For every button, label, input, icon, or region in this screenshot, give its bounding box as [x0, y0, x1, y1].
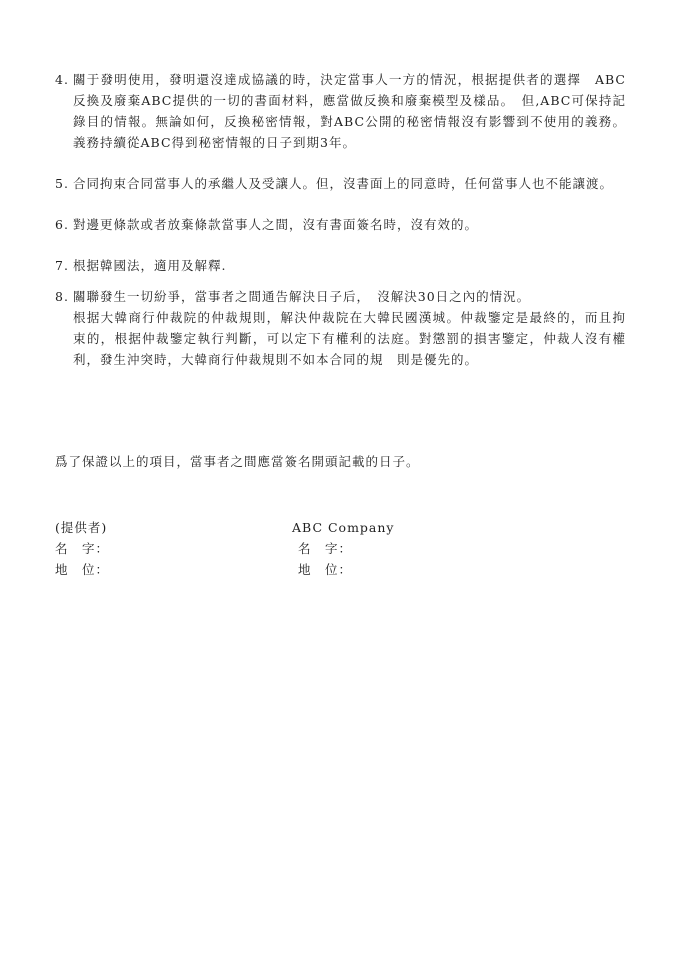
signature-provider-column: (提供者) 名 字： 地 位：	[55, 517, 292, 580]
list-item: 6. 對邊更條款或者放棄條款當事人之間，沒有書面簽名時，沒有效的。	[55, 214, 626, 235]
company-party-label: ABC Company	[292, 517, 626, 538]
item-text: 關聯發生一切紛爭，當事者之間通告解決日子后， 沒解決30日之內的情況。根据大韓商…	[73, 286, 626, 370]
paragraph: 關聯發生一切紛爭，當事者之間通告解決日子后， 沒解決30日之內的情況。	[73, 286, 626, 307]
contract-page: 4. 關于發明使用，發明還沒達成協議的時，決定當事人一方的情況，根据提供者的選擇…	[0, 0, 680, 962]
signature-company-column: ABC Company 名 字： 地 位：	[292, 517, 626, 580]
paragraph: 合同拘束合同當事人的承繼人及受讓人。但，沒書面上的同意時，任何當事人也不能讓渡。	[73, 173, 626, 194]
paragraph: 關于發明使用，發明還沒達成協議的時，決定當事人一方的情況，根据提供者的選擇 AB…	[73, 69, 626, 153]
list-item: 4. 關于發明使用，發明還沒達成協議的時，決定當事人一方的情況，根据提供者的選擇…	[55, 69, 626, 153]
provider-position-label: 地 位：	[55, 559, 292, 580]
paragraph: 根据韓國法，適用及解釋.	[73, 255, 626, 276]
paragraph: 根据大韓商行仲裁院的仲裁規則，解決仲裁院在大韓民國漢城。仲裁鑒定是最終的，而且拘…	[73, 307, 626, 370]
list-item: 8. 關聯發生一切紛爭，當事者之間通告解決日子后， 沒解決30日之內的情況。根据…	[55, 286, 626, 370]
list-item: 5. 合同拘束合同當事人的承繼人及受讓人。但，沒書面上的同意時，任何當事人也不能…	[55, 173, 626, 194]
company-position-label: 地 位：	[292, 559, 626, 580]
item-text: 合同拘束合同當事人的承繼人及受讓人。但，沒書面上的同意時，任何當事人也不能讓渡。	[73, 173, 626, 194]
provider-party-label: (提供者)	[55, 517, 292, 538]
item-text: 關于發明使用，發明還沒達成協議的時，決定當事人一方的情況，根据提供者的選擇 AB…	[73, 69, 626, 153]
contract-items: 4. 關于發明使用，發明還沒達成協議的時，決定當事人一方的情況，根据提供者的選擇…	[55, 69, 626, 370]
list-item: 7. 根据韓國法，適用及解釋.	[55, 255, 626, 276]
item-number: 7.	[55, 255, 73, 276]
item-number: 6.	[55, 214, 73, 235]
provider-name-label: 名 字：	[55, 538, 292, 559]
signature-block: (提供者) 名 字： 地 位： ABC Company 名 字： 地 位：	[55, 517, 626, 580]
item-text: 根据韓國法，適用及解釋.	[73, 255, 626, 276]
item-number: 8.	[55, 286, 73, 307]
item-number: 5.	[55, 173, 73, 194]
item-number: 4.	[55, 69, 73, 90]
closing-statement: 爲了保證以上的項目，當事者之間應當簽名開頭記載的日子。	[55, 451, 626, 472]
company-name-label: 名 字：	[292, 538, 626, 559]
item-text: 對邊更條款或者放棄條款當事人之間，沒有書面簽名時，沒有效的。	[73, 214, 626, 235]
paragraph: 對邊更條款或者放棄條款當事人之間，沒有書面簽名時，沒有效的。	[73, 214, 626, 235]
